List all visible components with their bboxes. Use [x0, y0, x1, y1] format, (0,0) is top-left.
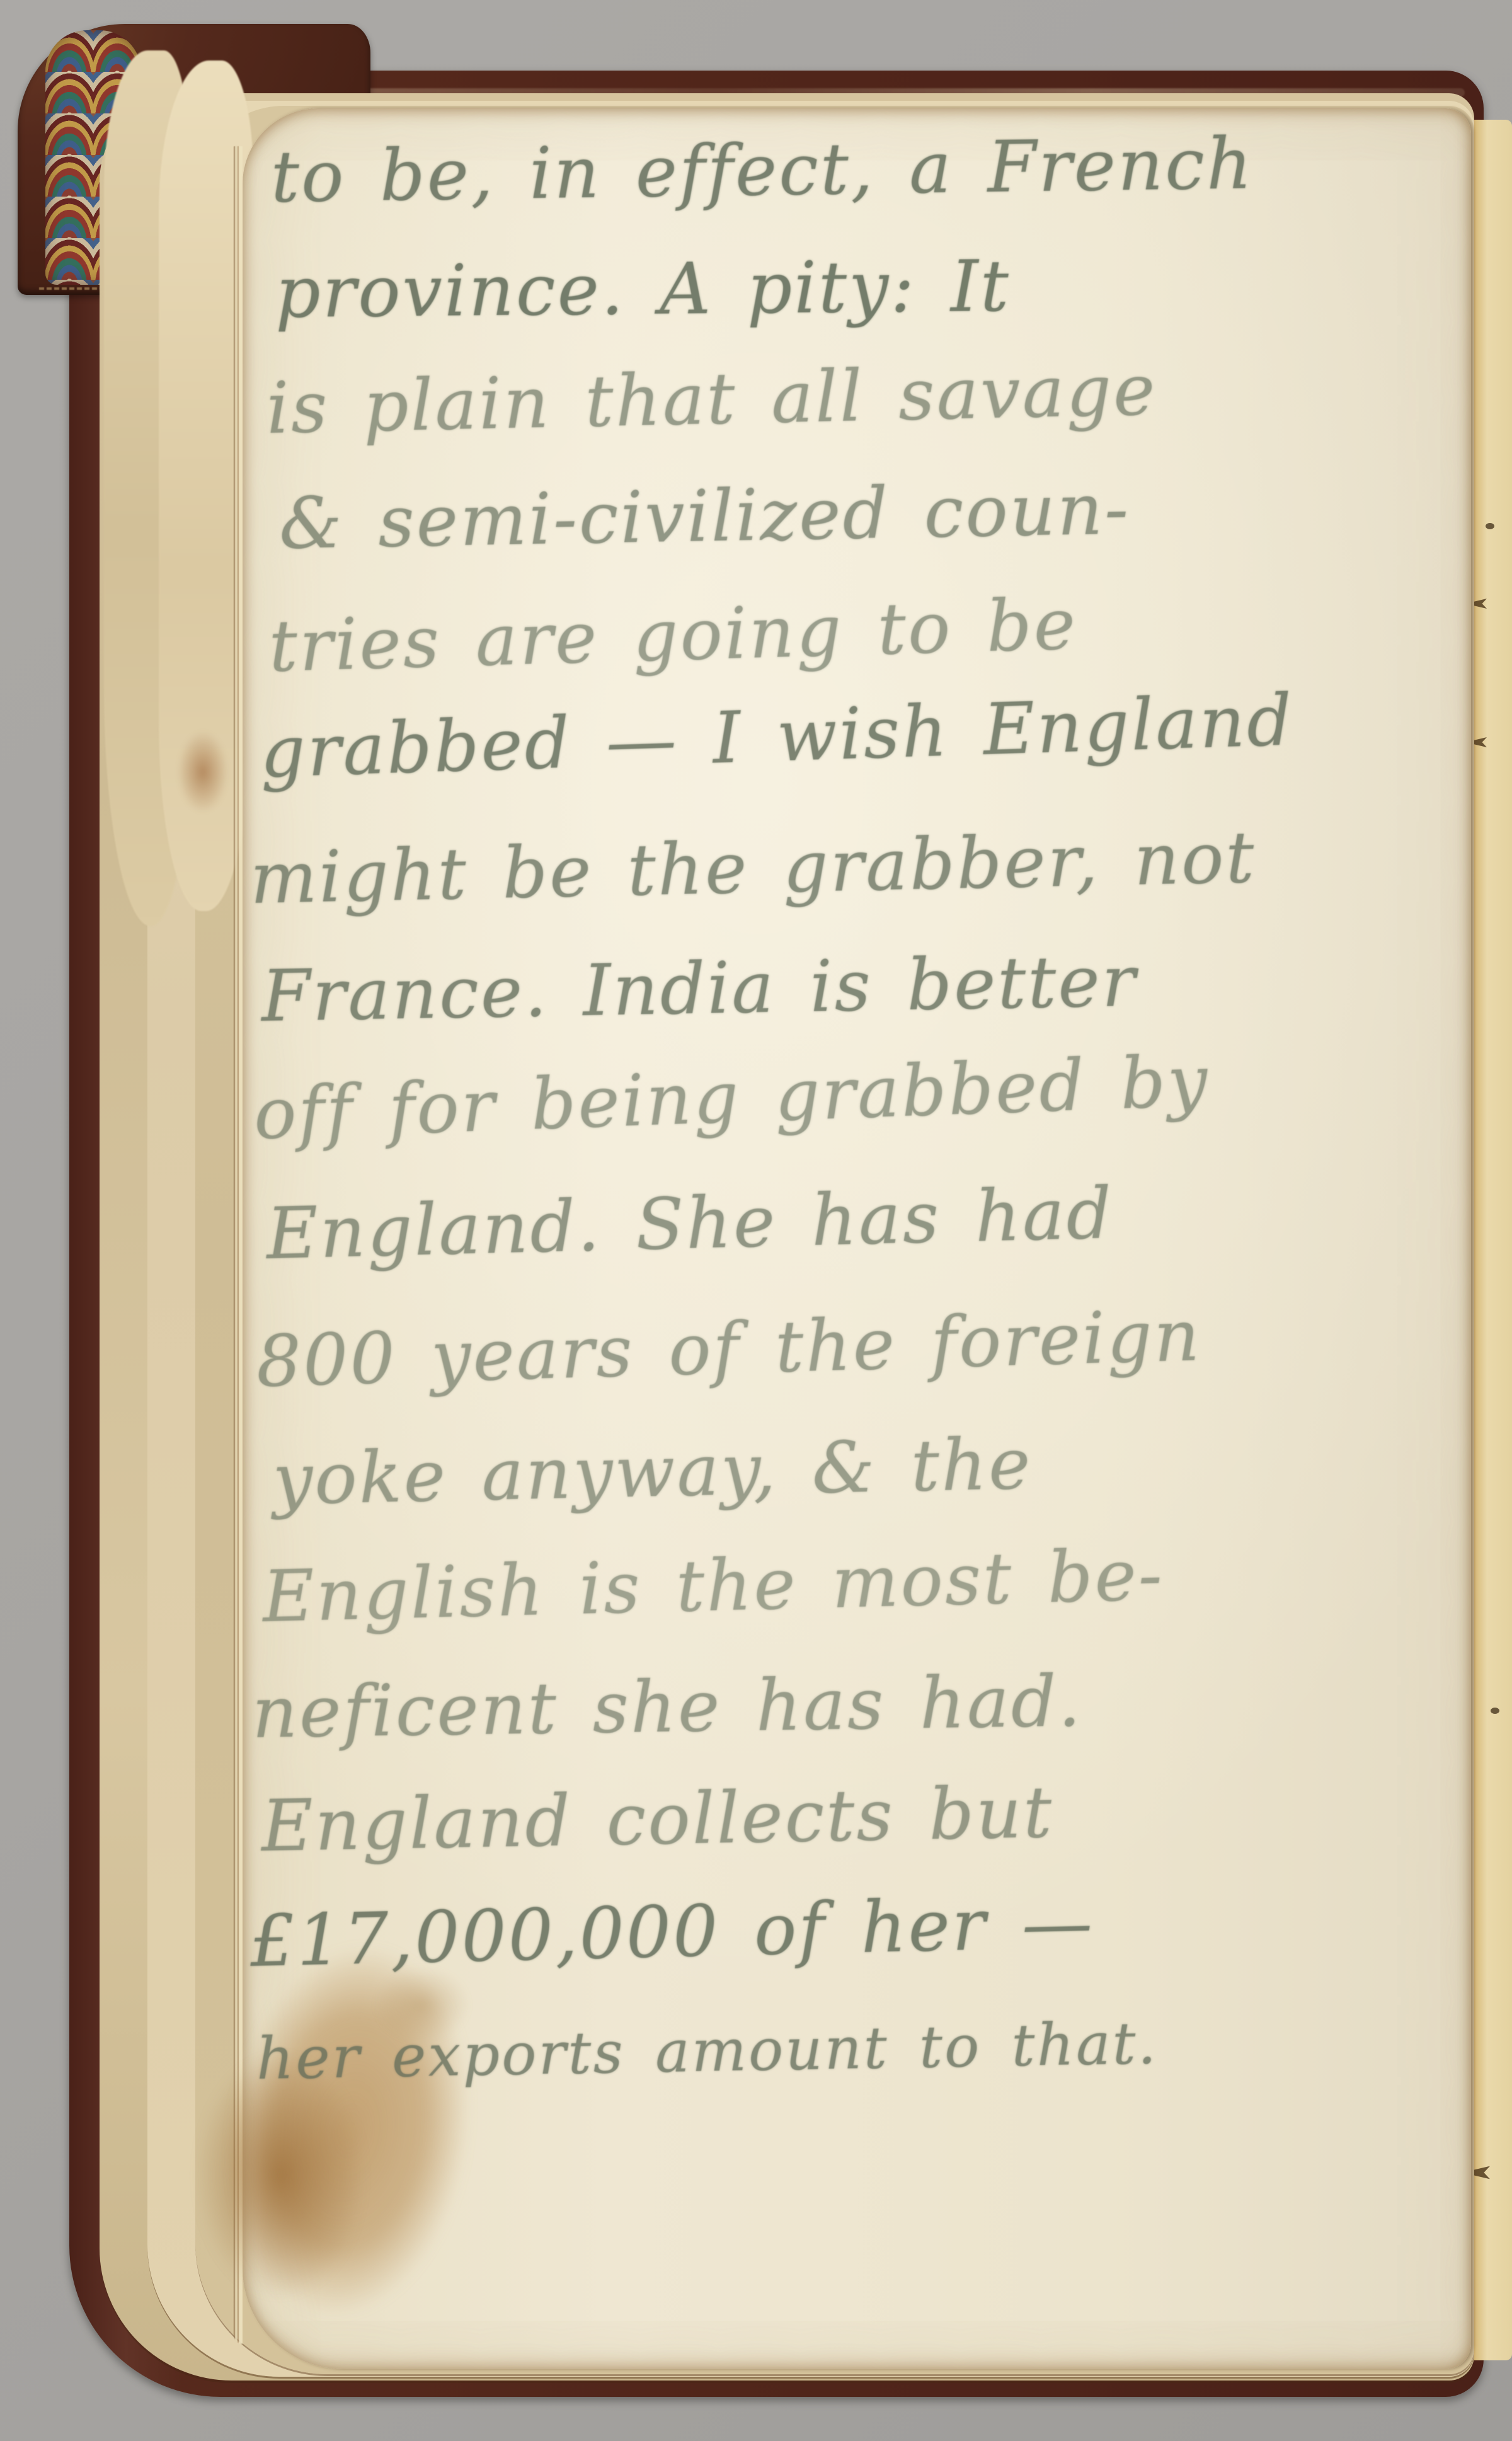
handwriting-line: English is the most be-	[261, 1534, 1165, 1638]
notebook-page: to be, in effect, a French province. A p…	[243, 108, 1471, 2369]
edge-stain-spot	[178, 731, 228, 813]
handwriting-line: England. She has had	[265, 1173, 1114, 1275]
page-edge-speck	[1486, 523, 1494, 529]
handwriting-line: England collects but	[261, 1772, 1054, 1868]
handwriting-line: & semi-civilized coun-	[278, 468, 1131, 565]
handwriting-line: is plain that all savage	[266, 349, 1158, 450]
handwriting-line: province. A pity: It	[275, 246, 1011, 334]
handwriting-line: might be the grabber, not	[249, 817, 1257, 920]
handwriting-line: France. India is better	[261, 941, 1138, 1038]
handwriting-line: grabbed — I wish England	[259, 679, 1295, 793]
handwriting-line: tries are going to be	[268, 583, 1078, 688]
scanned-notebook-photo: to be, in effect, a French province. A p…	[0, 0, 1512, 2441]
adjacent-page-edge	[1469, 120, 1512, 2360]
handwriting-line: yoke anyway, & the	[272, 1423, 1033, 1521]
handwriting-line: to be, in effect, a French	[270, 123, 1254, 219]
page-edge-speck	[1491, 1708, 1499, 1714]
handwriting-line: neficent she has had.	[251, 1661, 1083, 1754]
handwriting-line: 800 years of the foreign	[255, 1295, 1202, 1403]
handwriting-line: off for being grabbed by	[253, 1040, 1211, 1156]
